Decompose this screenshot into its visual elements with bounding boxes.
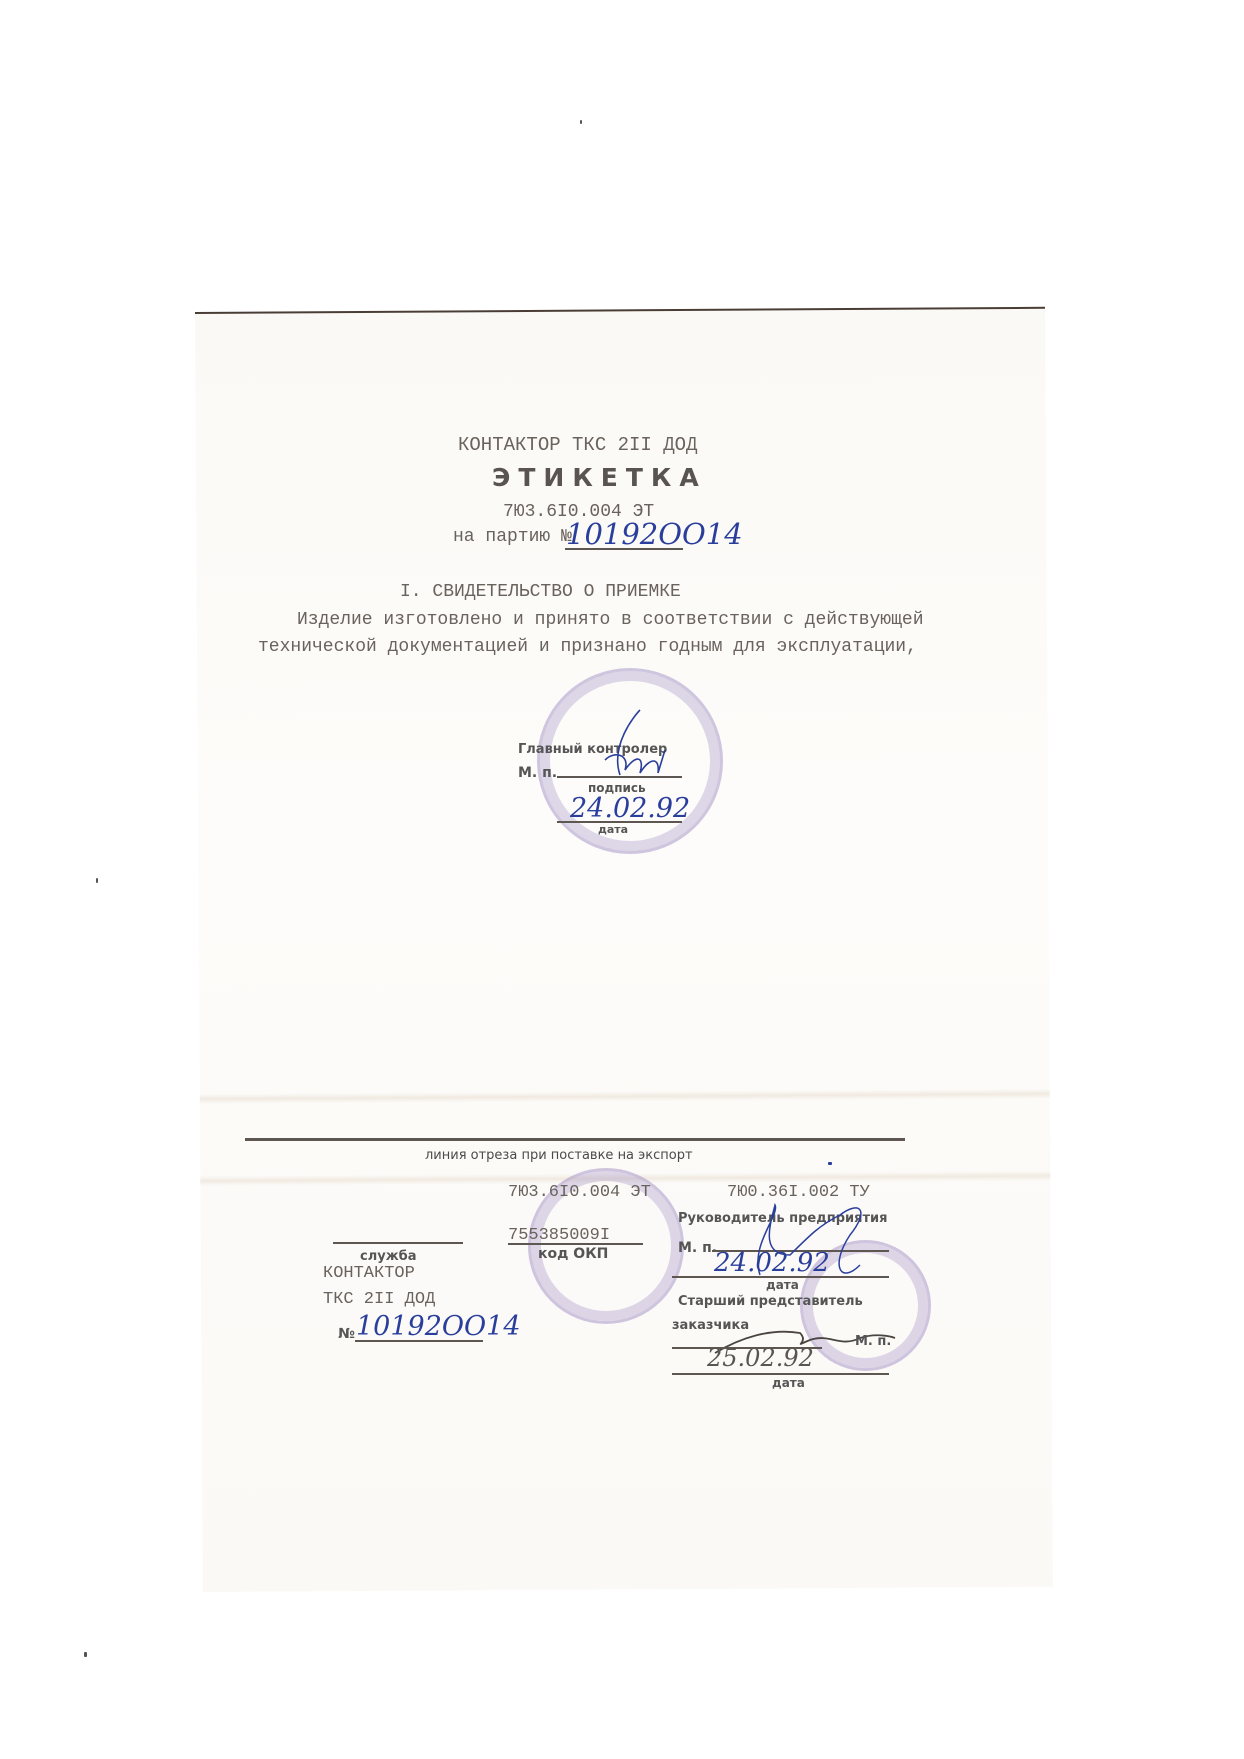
scan-speck — [96, 878, 98, 883]
customer-mp: М. п. — [855, 1334, 891, 1349]
batch-label: на партию № — [453, 527, 572, 547]
export-product-line1: КОНТАКТОР — [323, 1264, 415, 1283]
ink-speck — [828, 1162, 832, 1165]
service-line — [333, 1242, 463, 1244]
controller-mp: М. п. — [518, 765, 557, 781]
cut-line — [245, 1138, 905, 1141]
section-title: I. СВИДЕТЕЛЬСТВО О ПРИЕМКЕ — [400, 582, 681, 602]
controller-signature — [590, 705, 670, 780]
director-date-caption: дата — [766, 1278, 799, 1292]
export-designation: 7Ю3.6I0.004 ЭТ — [508, 1183, 651, 1202]
export-number: 10192OO14 — [356, 1311, 521, 1342]
customer-date-caption: дата — [772, 1376, 805, 1390]
director-date: 24.02.92 — [714, 1248, 830, 1278]
acceptance-text-line1: Изделие изготовлено и принято в соответс… — [297, 610, 924, 630]
document-title: ЭТИКЕТКА — [492, 463, 707, 492]
director-mp: М. п. — [678, 1240, 717, 1256]
document-sheet — [195, 307, 1053, 1592]
cut-line-label: линия отреза при поставке на экспорт — [425, 1148, 693, 1163]
customer-date: 25.02.92 — [707, 1344, 814, 1372]
okp-line — [508, 1243, 643, 1245]
export-number-label: № — [338, 1326, 355, 1342]
customer-date-line — [672, 1373, 889, 1375]
scan-speck — [580, 120, 582, 124]
scan-speck — [84, 1652, 87, 1657]
product-name: КОНТАКТОР ТКС 2II ДОД — [458, 434, 697, 456]
batch-number: 10192OO14 — [566, 517, 743, 551]
customer-title-line1: Старший представитель — [678, 1294, 863, 1309]
okp-caption: код ОКП — [538, 1246, 608, 1262]
controller-date: 24.02.92 — [570, 793, 690, 824]
paper-crease — [200, 1089, 1050, 1104]
acceptance-text-line2: технической документацией и признано год… — [258, 637, 917, 657]
date-caption: дата — [598, 823, 628, 836]
export-product-line2: ТКС 2II ДОД — [323, 1290, 435, 1309]
service-caption: служба — [360, 1249, 417, 1264]
